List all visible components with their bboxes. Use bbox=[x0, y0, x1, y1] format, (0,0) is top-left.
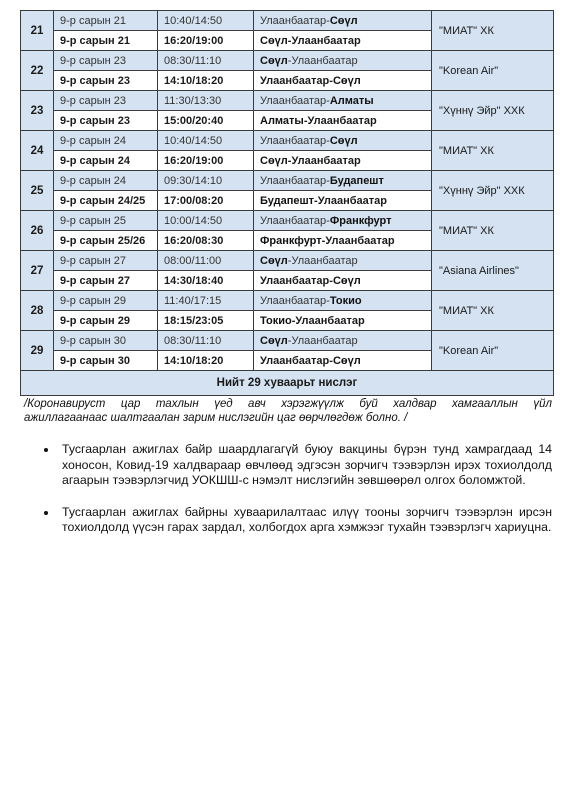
route-destination: Улаанбаатар bbox=[291, 155, 360, 167]
flight-time: 10:40/14:50 bbox=[158, 11, 254, 31]
flight-time: 14:10/18:20 bbox=[158, 351, 254, 371]
flight-number: 24 bbox=[21, 131, 54, 171]
route-destination: Сөүл bbox=[333, 275, 361, 287]
flight-route: Улаанбаатар-Алматы bbox=[254, 91, 432, 111]
route-origin: Улаанбаатар bbox=[260, 15, 326, 27]
route-origin: Улаанбаатар bbox=[260, 175, 326, 187]
airline-name: "Korean Air" bbox=[432, 51, 554, 91]
note-line-2: ажиллагаанаас шалтгаалан зарим нислэгийн… bbox=[24, 412, 407, 424]
route-origin: Улаанбаатар bbox=[260, 135, 326, 147]
flight-route: Улаанбаатар-Сөүл bbox=[254, 11, 432, 31]
flight-date: 9-р сарын 23 bbox=[54, 91, 158, 111]
flight-route: Улаанбаатар-Сөүл bbox=[254, 131, 432, 151]
flight-outbound-row: 279-р сарын 2708:00/11:00Сөүл-Улаанбаата… bbox=[21, 251, 554, 271]
airline-name: "МИАТ" ХК bbox=[432, 11, 554, 51]
route-destination: Улаанбаатар bbox=[295, 315, 364, 327]
flight-outbound-row: 219-р сарын 2110:40/14:50Улаанбаатар-Сөү… bbox=[21, 11, 554, 31]
flight-route: Сөүл-Улаанбаатар bbox=[254, 331, 432, 351]
flight-time: 14:10/18:20 bbox=[158, 71, 254, 91]
flight-time: 16:20/19:00 bbox=[158, 31, 254, 51]
flight-route: Сөүл-Улаанбаатар bbox=[254, 151, 432, 171]
route-origin: Улаанбаатар bbox=[260, 215, 326, 227]
condition-item: Тусгаарлан ажиглах байр шаардлагагүй бую… bbox=[40, 442, 552, 489]
route-destination: Франкфурт bbox=[330, 215, 392, 227]
flight-number: 25 bbox=[21, 171, 54, 211]
flight-schedule-table: 219-р сарын 2110:40/14:50Улаанбаатар-Сөү… bbox=[20, 10, 554, 396]
flight-time: 16:20/19:00 bbox=[158, 151, 254, 171]
route-origin: Будапешт bbox=[260, 195, 314, 207]
route-destination: Будапешт bbox=[330, 175, 384, 187]
flight-date: 9-р сарын 23 bbox=[54, 71, 158, 91]
flight-time: 18:15/23:05 bbox=[158, 311, 254, 331]
route-destination: Алматы bbox=[330, 95, 374, 107]
flight-route: Улаанбаатар-Сөүл bbox=[254, 71, 432, 91]
flight-date: 9-р сарын 29 bbox=[54, 291, 158, 311]
flight-outbound-row: 249-р сарын 2410:40/14:50Улаанбаатар-Сөү… bbox=[21, 131, 554, 151]
flight-time: 16:20/08:30 bbox=[158, 231, 254, 251]
airline-name: "МИАТ" ХК bbox=[432, 291, 554, 331]
route-origin: Улаанбаатар bbox=[260, 295, 326, 307]
flight-number: 29 bbox=[21, 331, 54, 371]
flight-route: Улаанбаатар-Сөүл bbox=[254, 271, 432, 291]
condition-text: Тусгаарлан ажиглах байр шаардлагагүй бую… bbox=[62, 442, 552, 487]
flight-number: 21 bbox=[21, 11, 54, 51]
route-origin: Сөүл bbox=[260, 255, 288, 267]
flight-route: Улаанбаатар-Франкфурт bbox=[254, 211, 432, 231]
flight-outbound-row: 269-р сарын 2510:00/14:50Улаанбаатар-Фра… bbox=[21, 211, 554, 231]
flight-date: 9-р сарын 21 bbox=[54, 11, 158, 31]
route-origin: Улаанбаатар bbox=[260, 95, 326, 107]
bullet-icon bbox=[44, 448, 48, 452]
flight-date: 9-р сарын 24/25 bbox=[54, 191, 158, 211]
flight-date: 9-р сарын 24 bbox=[54, 171, 158, 191]
flight-route: Будапешт-Улаанбаатар bbox=[254, 191, 432, 211]
route-destination: Улаанбаатар bbox=[325, 235, 394, 247]
flight-time: 08:30/11:10 bbox=[158, 51, 254, 71]
route-destination: Сөүл bbox=[333, 355, 361, 367]
flight-time: 15:00/20:40 bbox=[158, 111, 254, 131]
flight-route: Алматы-Улаанбаатар bbox=[254, 111, 432, 131]
flight-number: 28 bbox=[21, 291, 54, 331]
airline-name: "МИАТ" ХК bbox=[432, 131, 554, 171]
route-origin: Улаанбаатар bbox=[260, 355, 329, 367]
flight-outbound-row: 259-р сарын 2409:30/14:10Улаанбаатар-Буд… bbox=[21, 171, 554, 191]
flight-route: Сөүл-Улаанбаатар bbox=[254, 251, 432, 271]
airline-name: "Хүннү Эйр" ХХК bbox=[432, 91, 554, 131]
bullet-icon bbox=[44, 511, 48, 515]
route-origin: Сөүл bbox=[260, 155, 288, 167]
flight-date: 9-р сарын 24 bbox=[54, 131, 158, 151]
flight-time: 10:00/14:50 bbox=[158, 211, 254, 231]
flight-route: Сөүл-Улаанбаатар bbox=[254, 31, 432, 51]
flight-date: 9-р сарын 24 bbox=[54, 151, 158, 171]
airline-name: "МИАТ" ХК bbox=[432, 211, 554, 251]
route-destination: Сөүл bbox=[330, 135, 358, 147]
route-origin: Сөүл bbox=[260, 55, 288, 67]
route-origin: Улаанбаатар bbox=[260, 275, 329, 287]
route-destination: Улаанбаатар bbox=[318, 195, 387, 207]
route-origin: Алматы bbox=[260, 115, 304, 127]
flight-date: 9-р сарын 27 bbox=[54, 271, 158, 291]
route-origin: Сөүл bbox=[260, 35, 288, 47]
flight-route: Франкфурт-Улаанбаатар bbox=[254, 231, 432, 251]
route-destination: Токио bbox=[330, 295, 362, 307]
flight-schedule-body: 219-р сарын 2110:40/14:50Улаанбаатар-Сөү… bbox=[21, 11, 554, 371]
route-origin: Улаанбаатар bbox=[260, 75, 329, 87]
route-origin: Сөүл bbox=[260, 335, 288, 347]
flight-time: 11:40/17:15 bbox=[158, 291, 254, 311]
flight-number: 27 bbox=[21, 251, 54, 291]
flight-route: Улаанбаатар-Сөүл bbox=[254, 351, 432, 371]
route-destination: Улаанбаатар bbox=[291, 55, 357, 67]
route-origin: Франкфурт bbox=[260, 235, 322, 247]
flight-date: 9-р сарын 30 bbox=[54, 331, 158, 351]
flight-route: Улаанбаатар-Токио bbox=[254, 291, 432, 311]
covid-schedule-note: /Коронавируст цар тахлын үед авч хэрэгжү… bbox=[24, 397, 552, 425]
flight-date: 9-р сарын 23 bbox=[54, 51, 158, 71]
flight-time: 11:30/13:30 bbox=[158, 91, 254, 111]
flight-outbound-row: 289-р сарын 2911:40/17:15Улаанбаатар-Ток… bbox=[21, 291, 554, 311]
condition-item: Тусгаарлан ажиглах байрны хуваарилалтаас… bbox=[40, 505, 552, 536]
flight-time: 09:30/14:10 bbox=[158, 171, 254, 191]
flight-date: 9-р сарын 30 bbox=[54, 351, 158, 371]
flight-time: 08:30/11:10 bbox=[158, 331, 254, 351]
route-destination: Сөүл bbox=[333, 75, 361, 87]
route-destination: Улаанбаатар bbox=[291, 335, 357, 347]
flight-time: 17:00/08:20 bbox=[158, 191, 254, 211]
route-destination: Улаанбаатар bbox=[291, 255, 357, 267]
flight-route: Улаанбаатар-Будапешт bbox=[254, 171, 432, 191]
route-origin: Токио bbox=[260, 315, 292, 327]
flight-number: 23 bbox=[21, 91, 54, 131]
airline-name: "Asiana Airlines" bbox=[432, 251, 554, 291]
flight-date: 9-р сарын 25 bbox=[54, 211, 158, 231]
route-destination: Сөүл bbox=[330, 15, 358, 27]
airline-name: "Korean Air" bbox=[432, 331, 554, 371]
airline-name: "Хүннү Эйр" ХХК bbox=[432, 171, 554, 211]
flight-number: 26 bbox=[21, 211, 54, 251]
note-line-1: /Коронавируст цар тахлын үед авч хэрэгжү… bbox=[24, 397, 552, 411]
flight-outbound-row: 229-р сарын 2308:30/11:10Сөүл-Улаанбаата… bbox=[21, 51, 554, 71]
total-flights-label: Нийт 29 хуваарьт нислэг bbox=[21, 371, 554, 396]
flight-date: 9-р сарын 27 bbox=[54, 251, 158, 271]
flight-date: 9-р сарын 21 bbox=[54, 31, 158, 51]
flight-route: Сөүл-Улаанбаатар bbox=[254, 51, 432, 71]
flight-time: 10:40/14:50 bbox=[158, 131, 254, 151]
flight-time: 08:00/11:00 bbox=[158, 251, 254, 271]
flight-outbound-row: 299-р сарын 3008:30/11:10Сөүл-Улаанбаата… bbox=[21, 331, 554, 351]
route-destination: Улаанбаатар bbox=[291, 35, 360, 47]
total-row: Нийт 29 хуваарьт нислэг bbox=[21, 371, 554, 396]
flight-number: 22 bbox=[21, 51, 54, 91]
flight-time: 14:30/18:40 bbox=[158, 271, 254, 291]
route-destination: Улаанбаатар bbox=[308, 115, 377, 127]
flight-date: 9-р сарын 29 bbox=[54, 311, 158, 331]
conditions-list: Тусгаарлан ажиглах байр шаардлагагүй бую… bbox=[40, 442, 552, 552]
flight-route: Токио-Улаанбаатар bbox=[254, 311, 432, 331]
flight-outbound-row: 239-р сарын 2311:30/13:30Улаанбаатар-Алм… bbox=[21, 91, 554, 111]
flight-date: 9-р сарын 23 bbox=[54, 111, 158, 131]
flight-date: 9-р сарын 25/26 bbox=[54, 231, 158, 251]
condition-text: Тусгаарлан ажиглах байрны хуваарилалтаас… bbox=[62, 505, 552, 535]
